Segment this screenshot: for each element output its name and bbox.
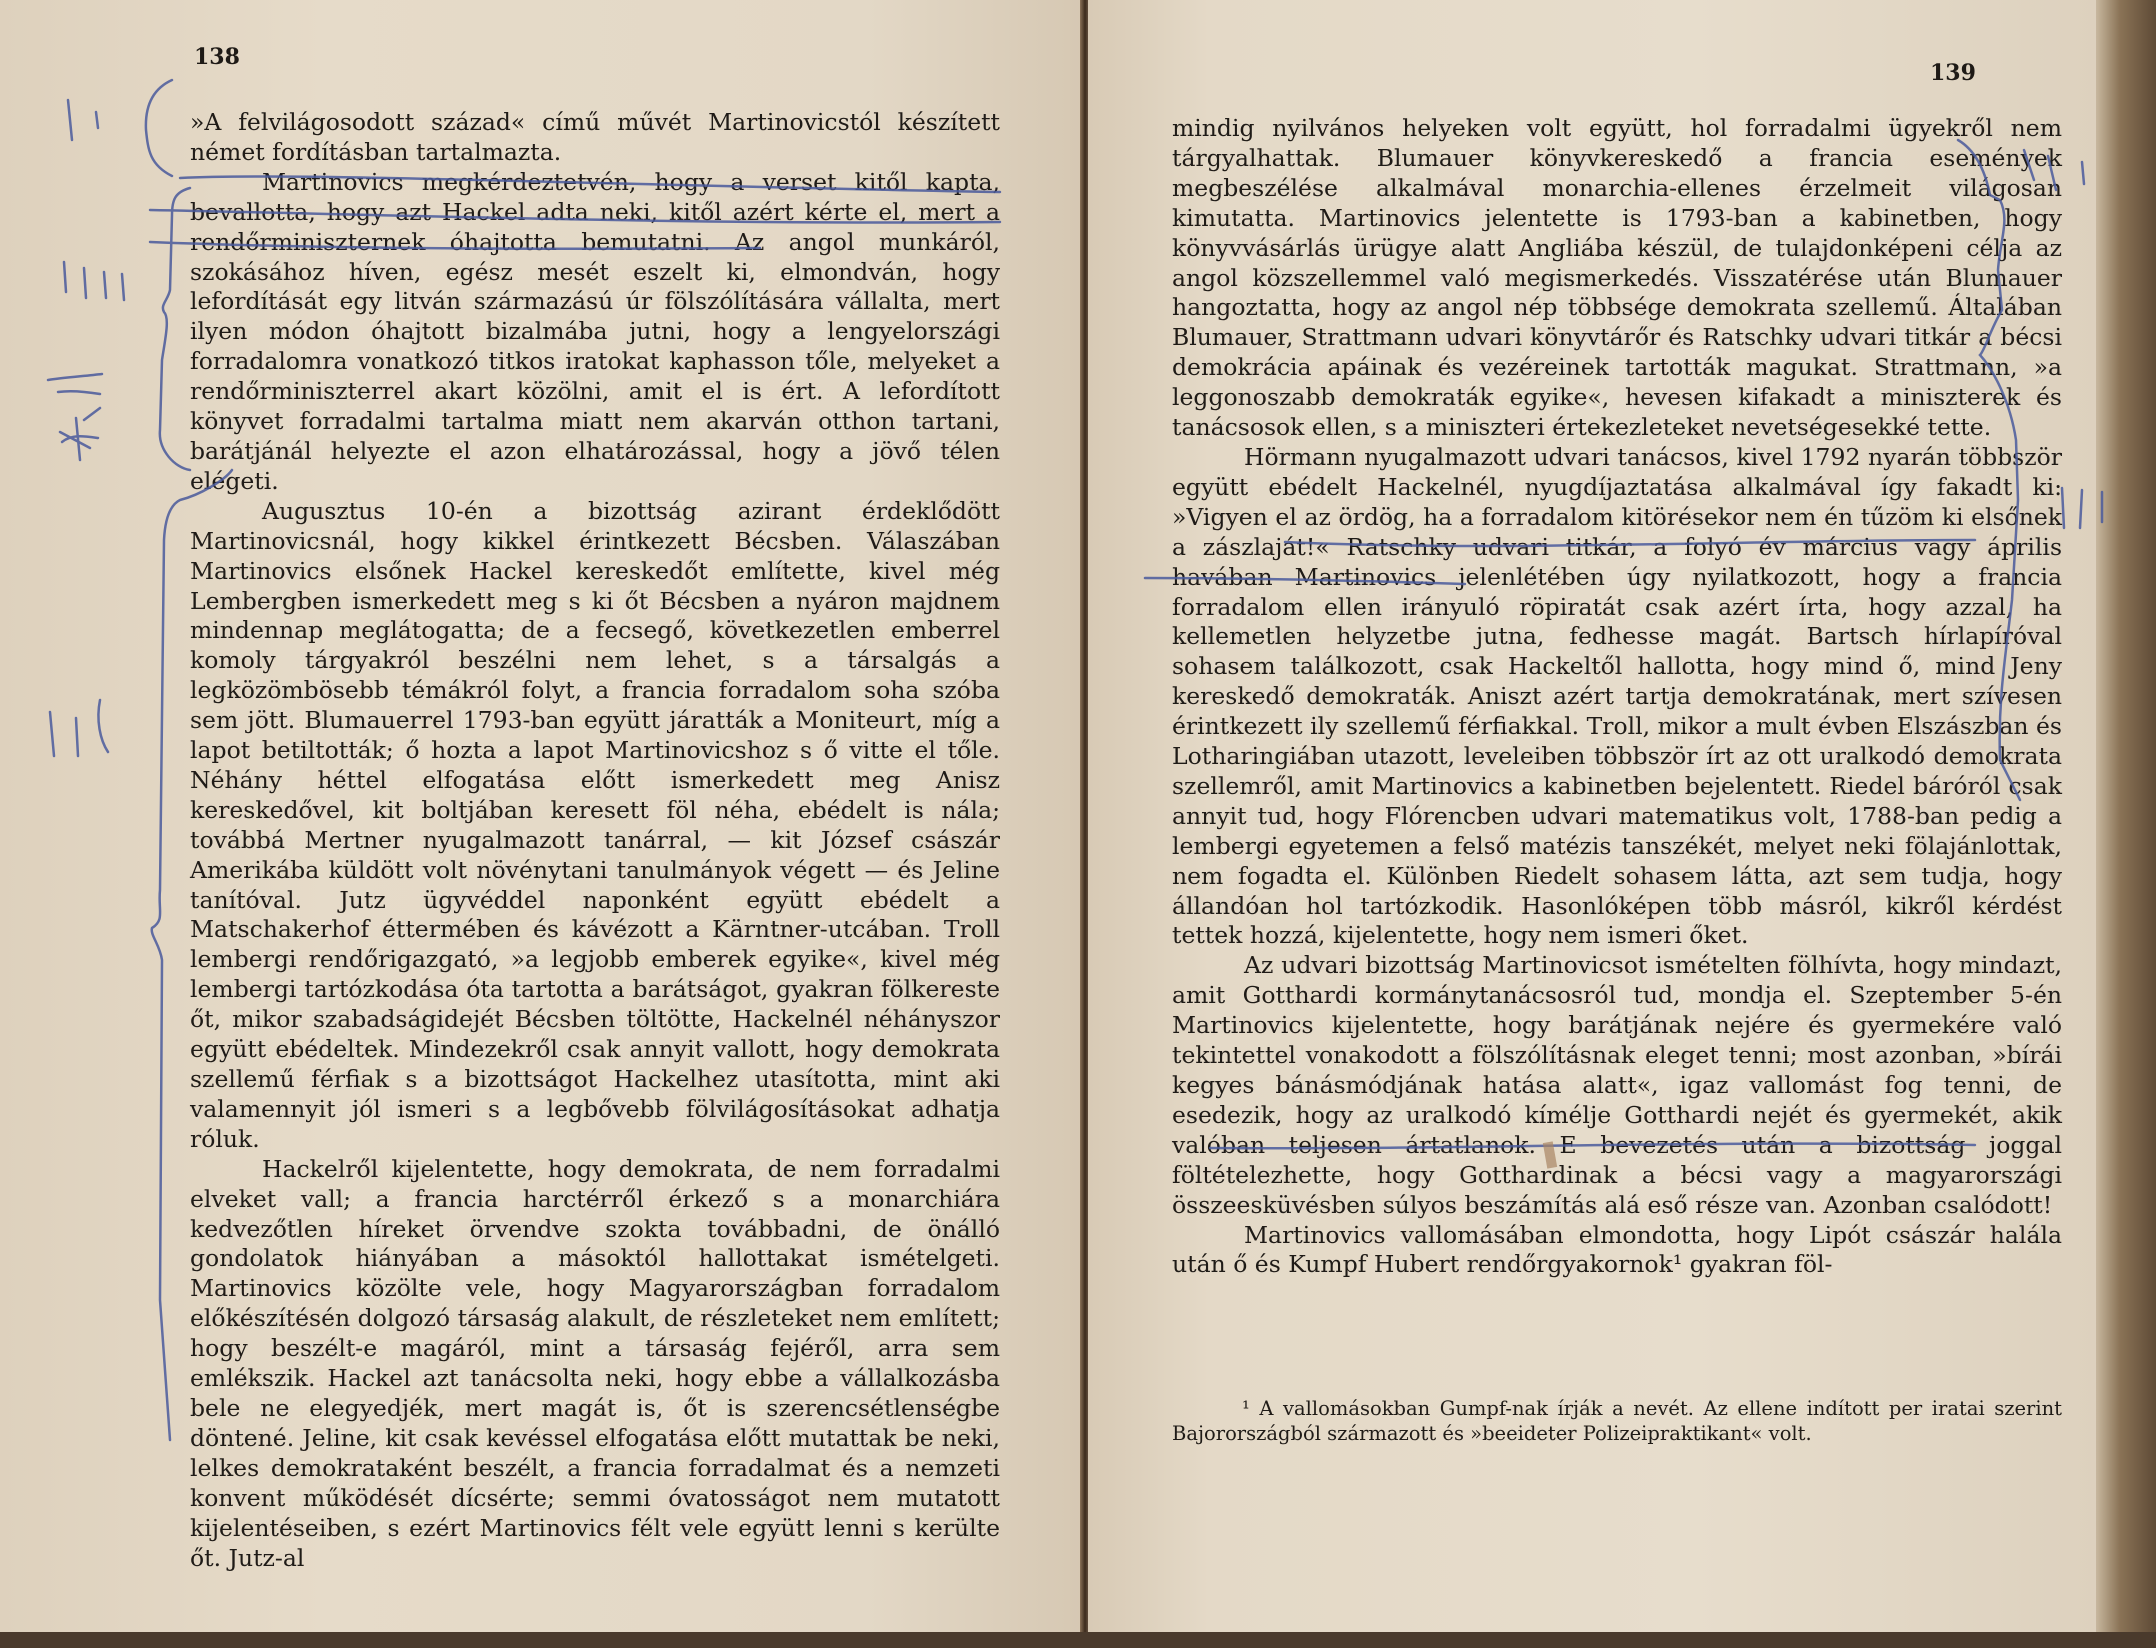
page-number-left: 138: [194, 44, 240, 70]
page-number-right: 139: [1930, 60, 1976, 86]
table-surface: [0, 1632, 2156, 1648]
footnote-text: ¹ A vallomásokban Gumpf-nak írják a nevé…: [1172, 1396, 2062, 1446]
paragraph: Martinovics megkérdeztetvén, hogy a vers…: [190, 168, 1000, 497]
left-page-body: »A felvilágosodott század« című művét Ma…: [190, 108, 1000, 1573]
footnote: ¹ A vallomásokban Gumpf-nak írják a nevé…: [1172, 1396, 2062, 1446]
paragraph: Augusztus 10-én a bizottság azirant érde…: [190, 497, 1000, 1155]
paragraph: Hörmann nyugalmazott udvari tanácsos, ki…: [1172, 443, 2062, 951]
paragraph: »A felvilágosodott század« című művét Ma…: [190, 108, 1000, 168]
paragraph: Az udvari bizottság Martinovicsot isméte…: [1172, 951, 2062, 1220]
paragraph: Martinovics vallomásában elmondotta, hog…: [1172, 1221, 2062, 1281]
page-edges: [2096, 0, 2156, 1648]
left-page: 138 »A felvilágosodott század« című művé…: [0, 0, 1082, 1648]
right-page-body: mindig nyilvános helyeken volt együtt, h…: [1172, 114, 2062, 1280]
paragraph: Hackelről kijelentette, hogy demokrata, …: [190, 1155, 1000, 1574]
open-book-spread: 138 »A felvilágosodott század« című művé…: [0, 0, 2156, 1648]
right-page: 139 mindig nyilvános helyeken volt együt…: [1088, 0, 2098, 1648]
paragraph: mindig nyilvános helyeken volt együtt, h…: [1172, 114, 2062, 443]
